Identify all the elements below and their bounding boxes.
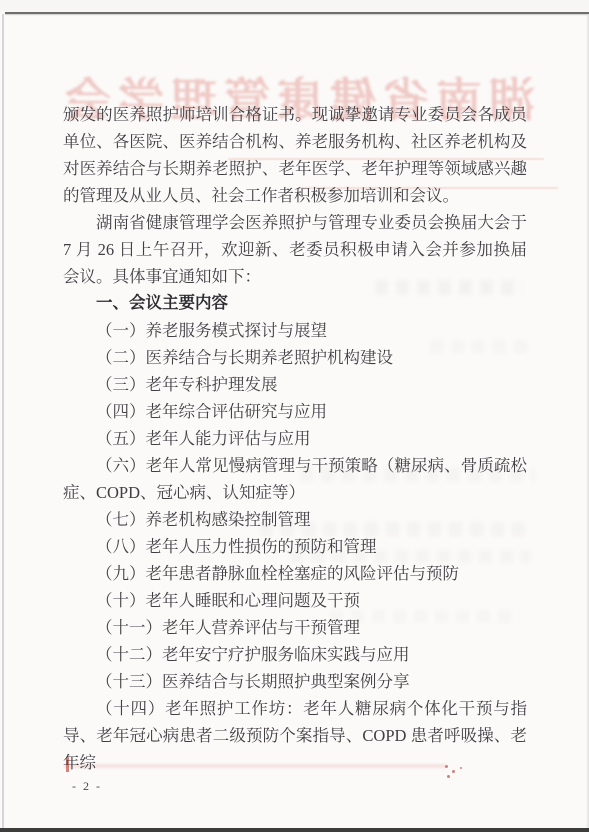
agenda-item: （九）老年患者静脉血栓栓塞症的风险评估与预防 bbox=[63, 560, 527, 587]
agenda-item: （十）老年人睡眠和心理问题及干预 bbox=[63, 587, 527, 614]
agenda-item: （一）养老服务模式探讨与展望 bbox=[63, 317, 527, 344]
paragraph-continuation: 颁发的医养照护师培训合格证书。现诚挚邀请专业委员会各成员单位、各医院、医养结合机… bbox=[63, 101, 527, 209]
agenda-item: （二）医养结合与长期养老照护机构建设 bbox=[63, 344, 527, 371]
agenda-item: （七）养老机构感染控制管理 bbox=[63, 506, 527, 533]
paragraph-intro: 湖南省健康管理学会医养照护与管理专业委员会换届大会于 7 月 26 日上午召开，… bbox=[63, 209, 527, 290]
page-top-edge-line bbox=[5, 12, 589, 14]
section-heading: 一、会议主要内容 bbox=[96, 290, 527, 317]
agenda-item: （三）老年专科护理发展 bbox=[63, 371, 527, 398]
agenda-item: （十二）老年安宁疗护服务临床实践与应用 bbox=[63, 641, 527, 668]
agenda-item: （八）老年人压力性损伤的预防和管理 bbox=[63, 533, 527, 560]
agenda-item: （五）老年人能力评估与应用 bbox=[63, 425, 527, 452]
document-body: 颁发的医养照护师培训合格证书。现诚挚邀请专业委员会各成员单位、各医院、医养结合机… bbox=[63, 101, 527, 776]
scanner-bottom-edge bbox=[0, 828, 589, 832]
agenda-item: （四）老年综合评估研究与应用 bbox=[63, 398, 527, 425]
agenda-item: （十三）医养结合与长期照护典型案例分享 bbox=[63, 668, 527, 695]
scanner-top-edge bbox=[0, 0, 589, 12]
agenda-item: （十一）老年人营养评估与干预管理 bbox=[63, 614, 527, 641]
page-number: - 2 - bbox=[72, 779, 102, 794]
page-left-edge-line bbox=[2, 14, 4, 828]
scanned-document-page: 湖南省健康管理学会 颁发的医养照护师培训合格证书。现诚挚邀请专业委员会各成员单位… bbox=[0, 0, 589, 832]
agenda-item: （六）老年人常见慢病管理与干预策略（糖尿病、骨质疏松症、COPD、冠心病、认知症… bbox=[63, 452, 527, 506]
agenda-item: （十四）老年照护工作坊：老年人糖尿病个体化干预与指导、老年冠心病患者二级预防个案… bbox=[63, 695, 527, 776]
agenda-list: （一）养老服务模式探讨与展望 （二）医养结合与长期养老照护机构建设 （三）老年专… bbox=[63, 317, 527, 776]
